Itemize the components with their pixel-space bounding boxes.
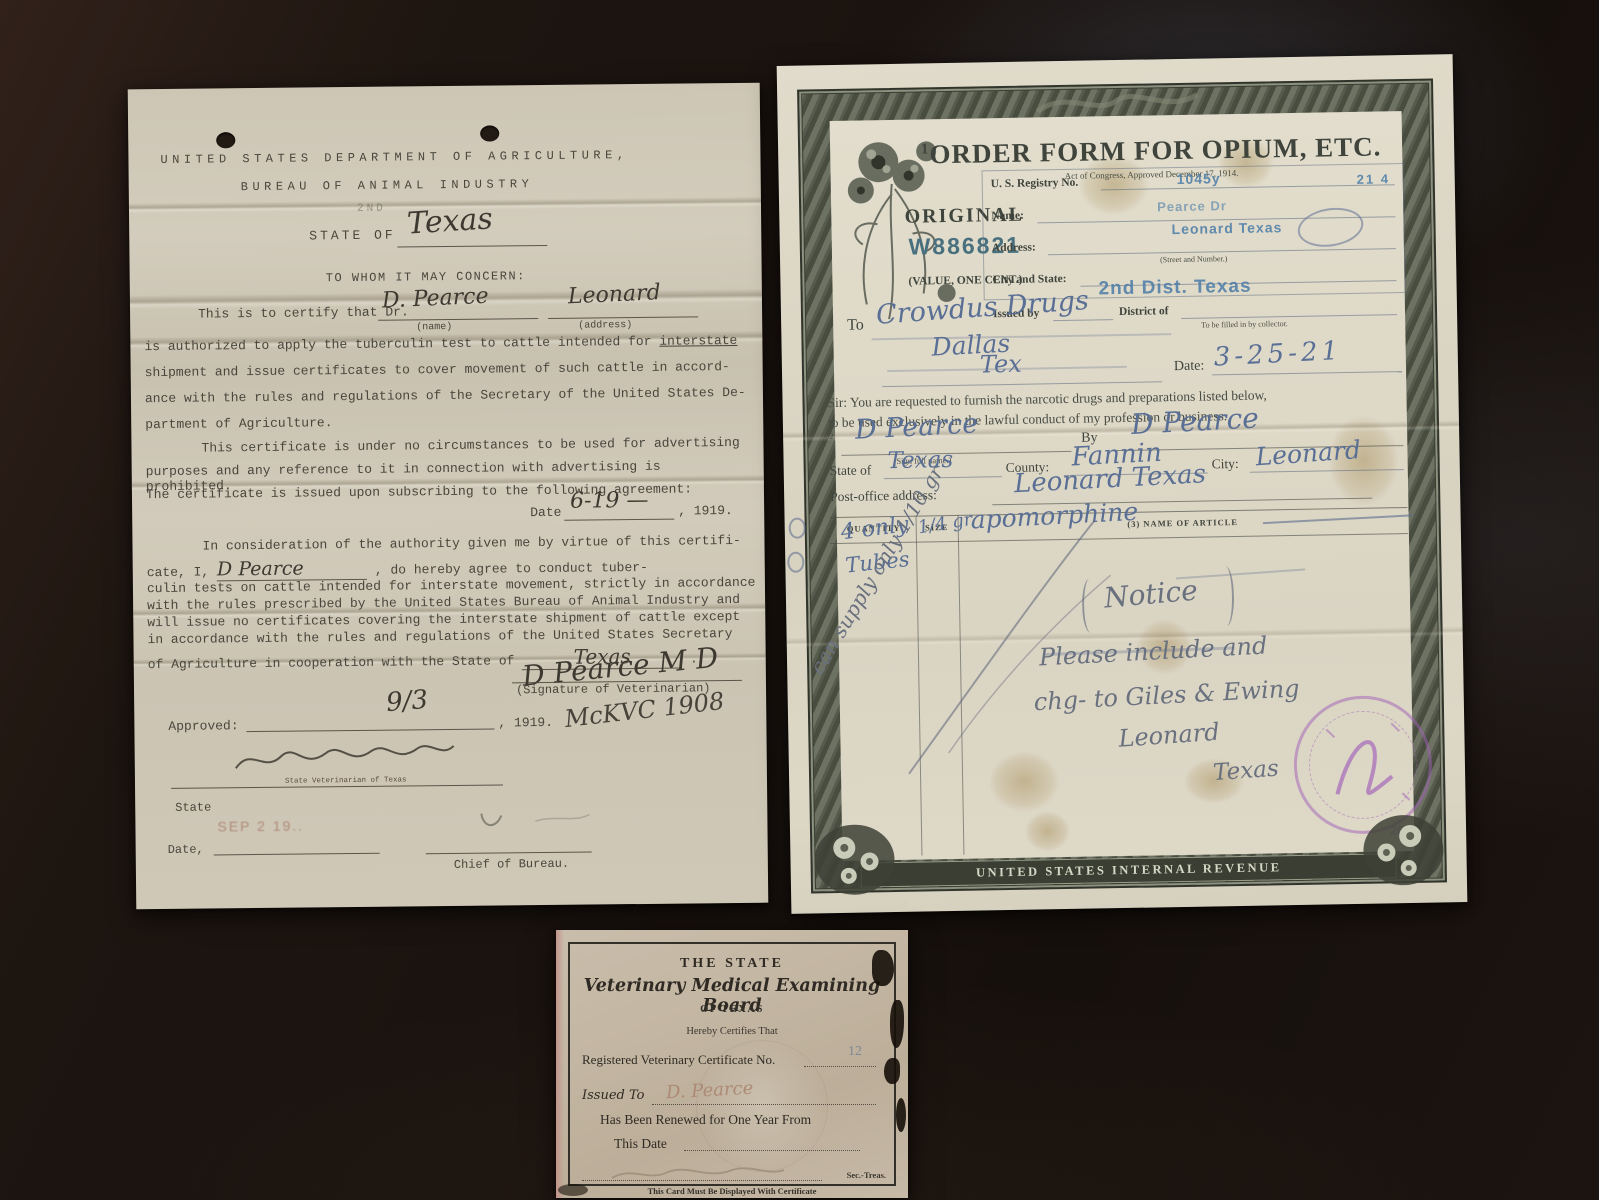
to-state-handwritten: Tex: [980, 350, 1022, 379]
this-date-line: [684, 1150, 860, 1151]
date-handwritten: 6-19 —: [570, 488, 649, 514]
received-date-stamp: SEP 2 19..: [217, 818, 304, 835]
sec-treas-caption: Sec.-Treas.: [847, 1170, 886, 1180]
date-blank-label: Date,: [168, 843, 204, 857]
district-overprint: 2ND: [357, 203, 386, 215]
approved-blank: [246, 717, 494, 733]
name-caption: (name): [416, 322, 452, 333]
registry-number-stamp: 1045y: [1177, 170, 1221, 187]
by-handwritten: D Pearce: [1130, 401, 1259, 441]
margin-pen-mark: [787, 552, 804, 573]
top-scroll-ornament: [1027, 84, 1208, 121]
salutation: TO WHOM IT MAY CONCERN:: [326, 269, 526, 285]
date-year: , 1919.: [678, 503, 733, 519]
agency-name: UNITED STATES DEPARTMENT OF AGRICULTURE,: [160, 148, 628, 167]
ink-blot: [558, 1184, 588, 1196]
margin-pen-mark: [789, 518, 806, 539]
registry-label: U. S. Registry No.: [991, 177, 1079, 191]
state-of-handwritten: Texas: [406, 201, 494, 241]
renewed-line1: Has Been Renewed for One Year From: [600, 1112, 811, 1128]
certify-name-handwritten: D. Pearce: [381, 284, 489, 314]
signature-line: [582, 1180, 822, 1181]
opium-order-form: 1ORDER FORM FOR OPIUM, ETC. Act of Congr…: [777, 54, 1468, 914]
state-of-label: STATE OF: [309, 228, 396, 244]
usda-certificate: UNITED STATES DEPARTMENT OF AGRICULTURE,…: [128, 83, 769, 910]
date-label: Date: [530, 505, 561, 520]
chief-caption: Chief of Bureau.: [454, 857, 569, 872]
state-handwritten: Texas: [887, 447, 953, 474]
name-city-stamp: Leonard Texas: [1171, 219, 1282, 237]
approver-caption: State Veterinarian of Texas: [285, 776, 407, 785]
certify-address-handwritten: Leonard: [567, 280, 661, 309]
certificate-paragraph-2: This certificate is under no circumstanc…: [145, 435, 752, 510]
renewed-line2: This Date: [614, 1136, 667, 1152]
cert-number-line: [804, 1066, 876, 1067]
address-label: Address:: [992, 241, 1036, 254]
bureau-name: BUREAU OF ANIMAL INDUSTRY: [241, 177, 534, 194]
signer-handwritten: D Pearce: [854, 408, 979, 445]
ink-blot: [884, 1058, 900, 1084]
card-certifies: Hereby Certifies That: [576, 1026, 888, 1037]
state-of-label: State of: [830, 462, 872, 479]
punch-hole: [480, 125, 499, 141]
district-of-label: District of: [1119, 305, 1169, 318]
city-state-label: City and State:: [992, 273, 1066, 286]
issued-to-label: Issued To: [582, 1088, 645, 1103]
chief-line: [426, 851, 592, 855]
card-title: THE STATE: [576, 956, 888, 972]
veterinary-board-card: THE STATE Veterinary Medical Examining B…: [556, 930, 908, 1198]
card-footer: This Card Must Be Displayed With Certifi…: [576, 1186, 888, 1196]
name-stamp: Pearce Dr: [1157, 198, 1227, 214]
ink-blot: [872, 950, 894, 986]
punch-hole: [216, 132, 235, 148]
certificate-paragraph-1: is authorized to apply the tuberculin te…: [144, 333, 751, 443]
corner-number-stamp: 21 4: [1357, 171, 1391, 187]
para1-line1-underlined: interstate: [659, 333, 737, 349]
para3-line7-pre: of Agriculture in cooperation with the S…: [148, 653, 515, 672]
date-blank-line: [214, 843, 380, 856]
torn-edge: [556, 930, 564, 1198]
state-label: State: [175, 800, 211, 814]
corner-floral-left: [813, 799, 920, 906]
pencil-check-mark: [475, 806, 595, 833]
approved-label: Approved:: [168, 718, 238, 734]
photo-of-documents: UNITED STATES DEPARTMENT OF AGRICULTURE,…: [0, 0, 1599, 1200]
cert-number-value: 12: [848, 1044, 862, 1060]
banner-text: UNITED STATES INTERNAL REVENUE: [976, 860, 1282, 880]
district-stamp: 2nd Dist. Texas: [1098, 276, 1251, 301]
pen-paren-left: [1082, 578, 1099, 632]
issued-to-line: [652, 1104, 876, 1105]
agreement-name-handwritten: D Pearce: [217, 558, 304, 581]
approved-year: , 1919.: [498, 715, 553, 731]
para3-line2-pre: cate, I,: [147, 565, 210, 581]
card-of-texas: OF TEXAS: [576, 1004, 888, 1015]
street-caption: (Street and Number.): [1160, 254, 1227, 264]
para3-line2-post: , do hereby agree to conduct tuber-: [375, 560, 648, 578]
to-label: To: [847, 316, 864, 334]
order-date-label: Date:: [1174, 359, 1205, 376]
corner-floral-right: [1337, 789, 1444, 896]
approved-date-handwritten: 9/3: [385, 685, 429, 718]
name-label: Name:: [991, 210, 1024, 223]
address-caption: (address): [578, 320, 632, 332]
collector-caption: To be filled in by collector.: [1201, 319, 1288, 330]
cert-number-label: Registered Veterinary Certificate No.: [582, 1052, 775, 1068]
ink-blot: [896, 1098, 906, 1132]
city-label: City:: [1212, 456, 1239, 472]
ink-blot: [890, 1000, 904, 1048]
sign-footnote: 2: [829, 431, 834, 441]
note-line4-handwritten: Texas: [1212, 756, 1279, 787]
state-veterinarian-signature: [230, 734, 460, 778]
